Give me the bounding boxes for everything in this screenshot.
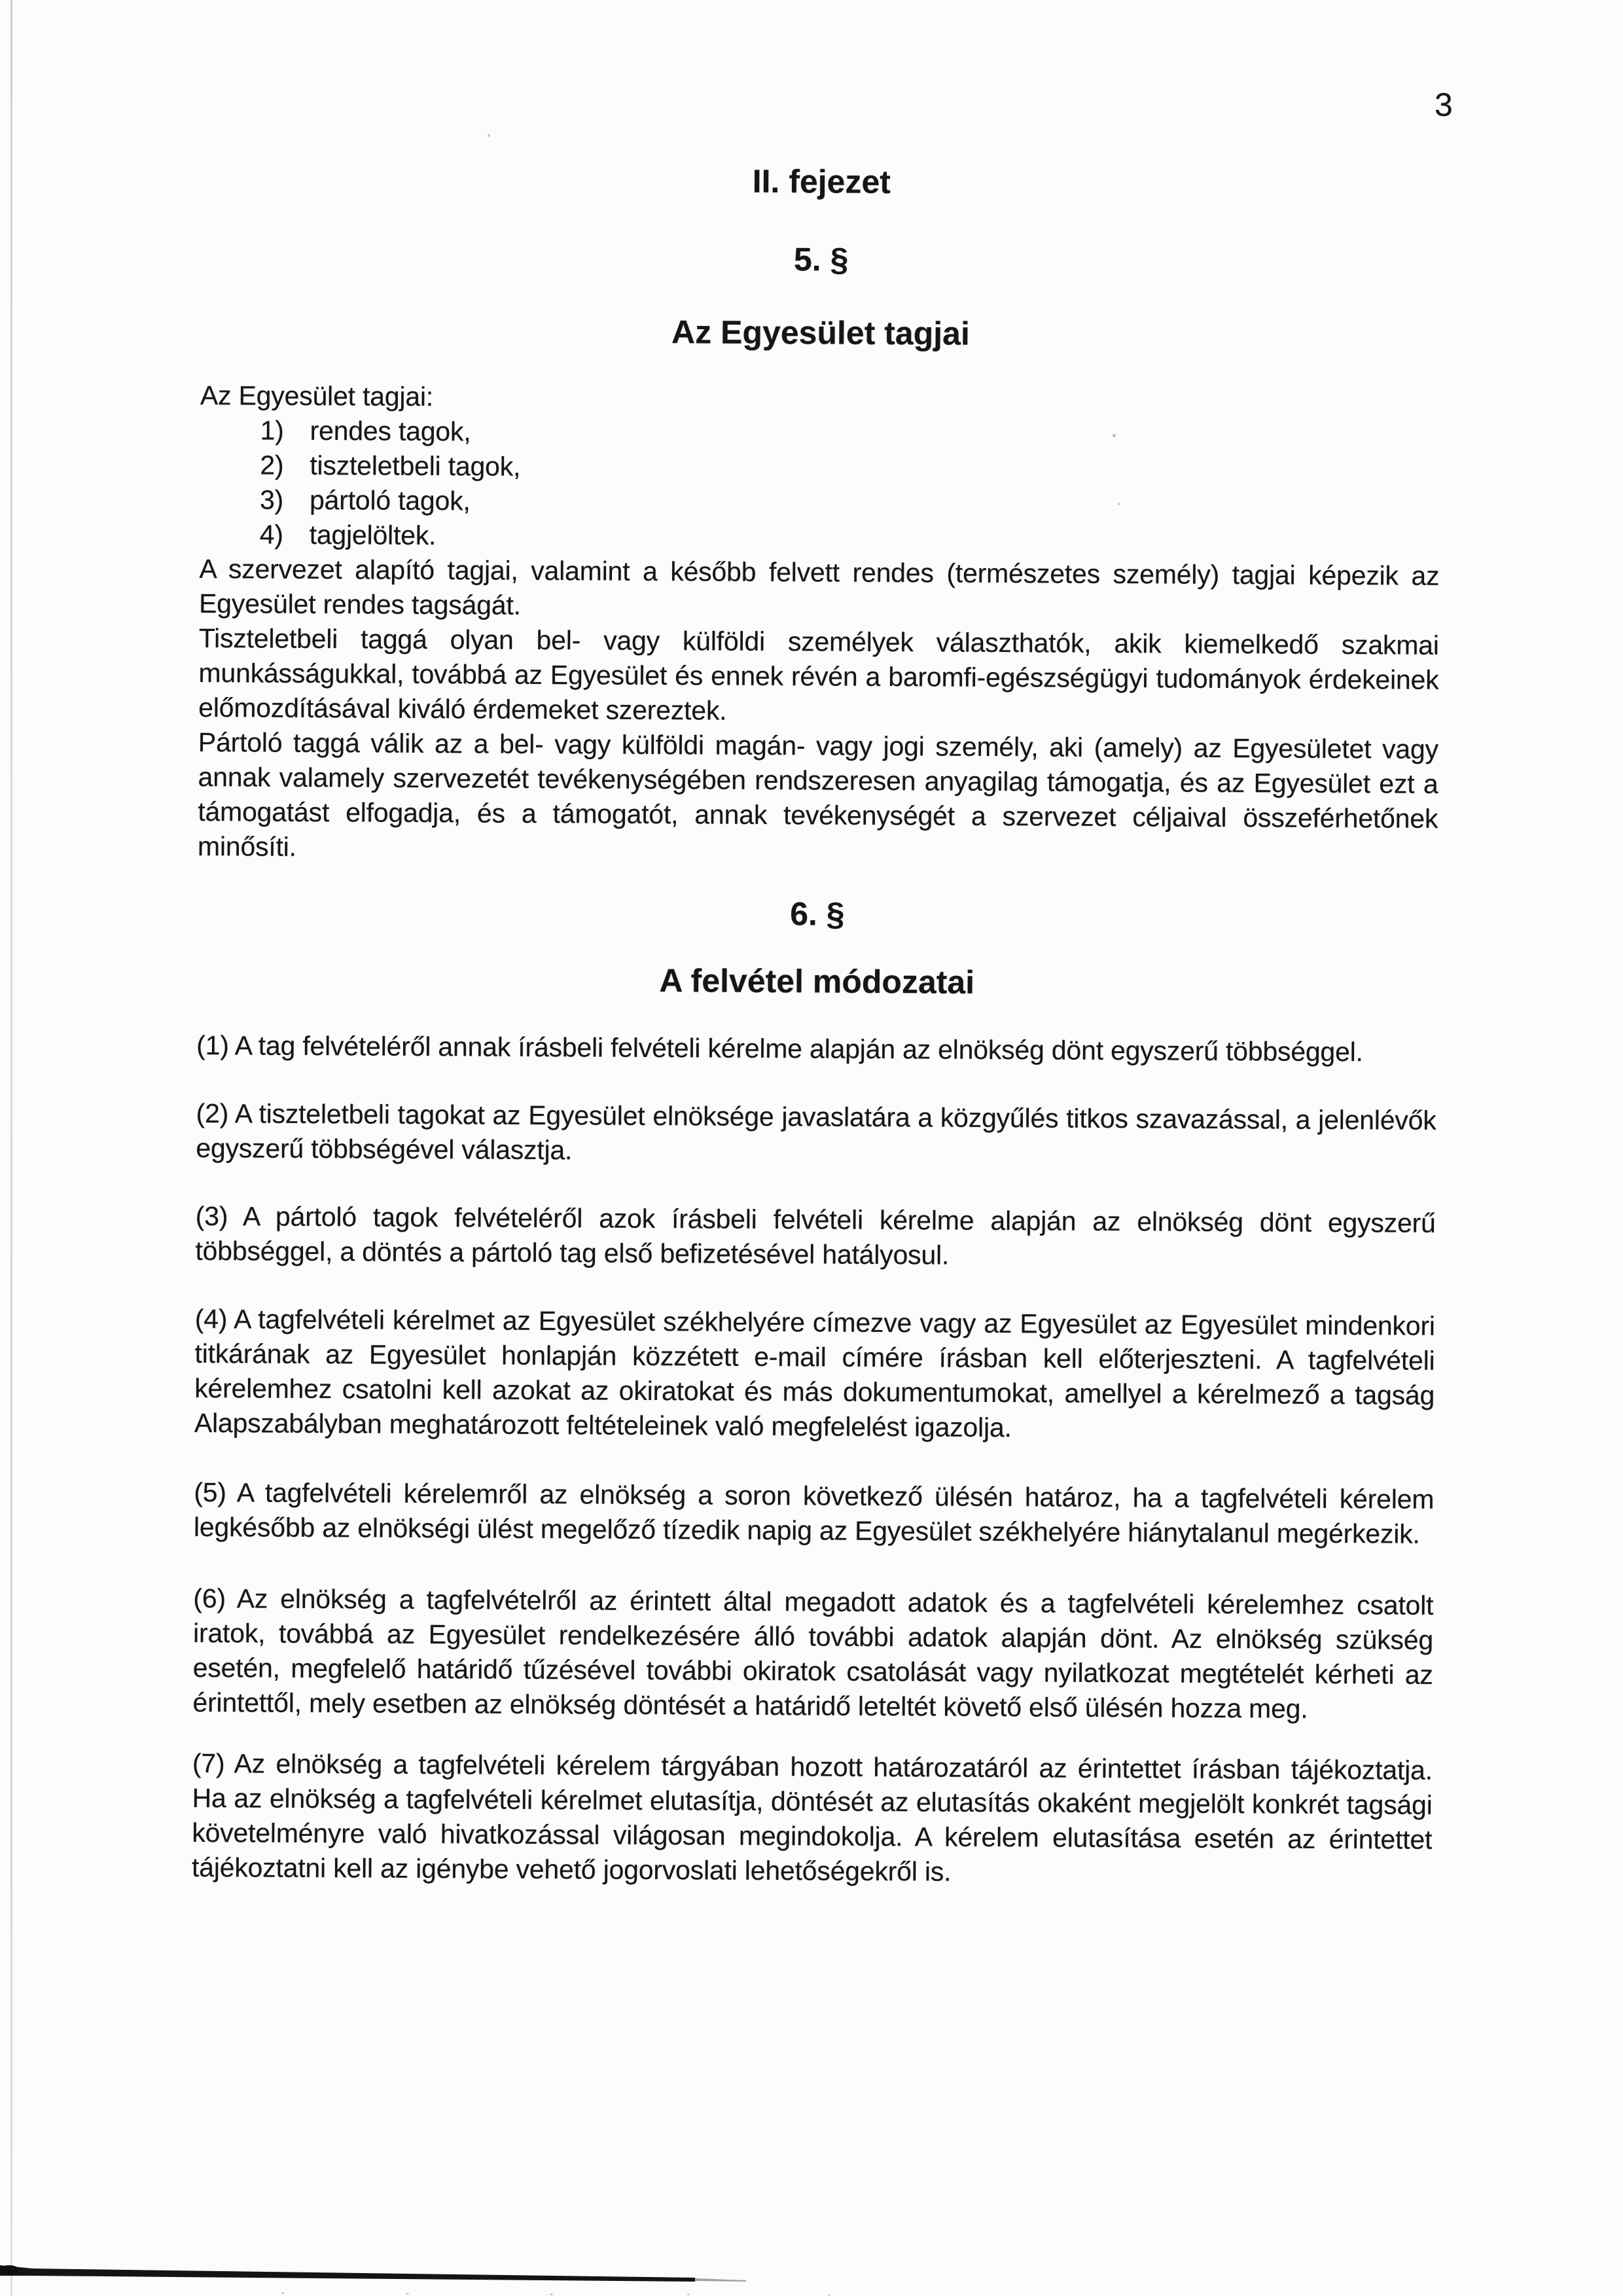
scan-speck [281,2292,284,2294]
scan-speck [1113,434,1116,437]
scan-speck [488,134,490,137]
scan-speck [687,2293,690,2295]
scanned-document-page: 3 II. fejezet 5. § Az Egyesület tagjai A… [0,0,1623,2296]
scan-speck [406,2293,409,2295]
scan-speck [550,2293,553,2295]
scan-streak-artifact [0,0,1623,2296]
scan-speck [1118,503,1120,505]
